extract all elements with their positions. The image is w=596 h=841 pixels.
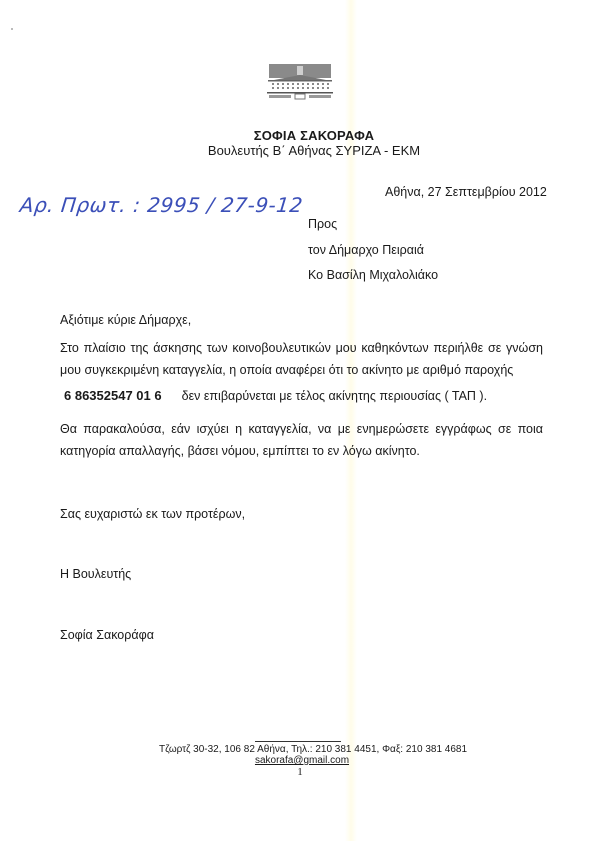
supply-number: 6 86352547 01 6 [64, 388, 162, 403]
greeting: Αξιότιμε κύριε Δήμαρχε, [60, 313, 191, 327]
closing-thanks: Σας ευχαριστώ εκ των προτέρων, [60, 507, 245, 521]
hellenic-parliament-building-icon [266, 62, 334, 102]
supply-text: δεν επιβαρύνεται με τέλος ακίνητης περιο… [182, 389, 487, 403]
footer-email-link[interactable]: sakorafa@gmail.com [0, 755, 596, 766]
body-paragraph-2: Θα παρακαλούσα, εάν ισχύει η καταγγελία,… [60, 418, 543, 462]
recipient-to: Προς [308, 217, 337, 231]
recipient-line2: Κο Βασίλη Μιχαλολιάκο [308, 268, 438, 282]
body-paragraph-1: Στο πλαίσιο της άσκησης των κοινοβουλευτ… [60, 337, 543, 381]
letter-date: Αθήνα, 27 Σεπτεμβρίου 2012 [385, 185, 547, 199]
recipient-line1: τον Δήμαρχο Πειραιά [308, 243, 424, 257]
sender-name: ΣΟΦΙΑ ΣΑΚΟΡΑΦΑ [0, 128, 596, 143]
signature-name: Σοφία Σακοράφα [60, 628, 154, 642]
supply-line: 6 86352547 01 6δεν επιβαρύνεται με τέλος… [64, 388, 487, 403]
scan-speck [11, 28, 13, 30]
page-number: 1 [0, 766, 596, 778]
sender-role: Βουλευτής Β΄ Αθήνας ΣΥΡΙΖΑ - ΕΚΜ [0, 143, 596, 158]
footer-divider [255, 741, 341, 742]
handwritten-protocol-number: Αρ. Πρωτ. : 2995 / 27-9-12 [19, 193, 304, 217]
footer-address: Τζωρτζ 30-32, 106 82 Αθήνα, Τηλ.: 210 38… [0, 744, 596, 755]
signature-title: Η Βουλευτής [60, 567, 131, 581]
